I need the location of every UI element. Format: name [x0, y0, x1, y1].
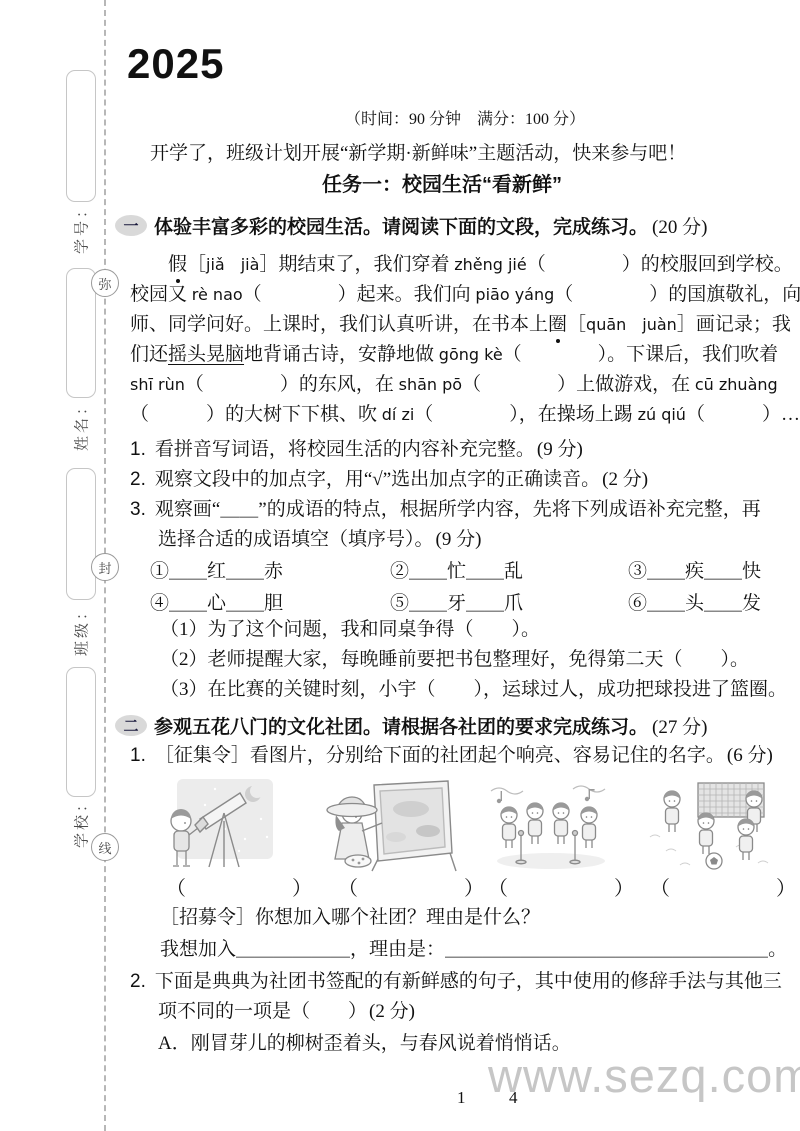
exam-paper-page: 学号： 姓名： 班级： 学校： 弥 封 线 2025 （时间：90 分钟 满分：… [0, 0, 800, 1131]
question-2-number: 2. [130, 469, 146, 490]
passage-line: 校园又 rè nao（ ）起来。我们向 piāo yáng（ ）的国旗敬礼，向老 [130, 280, 792, 310]
student-id-box [66, 70, 96, 202]
passage-line: 假［jiǎ jià］期结束了，我们穿着 zhěng jié（ ）的校服回到学校。 [130, 250, 792, 280]
school-box [66, 667, 96, 797]
question-3-text-line1: 观察画“＿＿”的成语的特点，根据所学内容，先将下列成语补充完整，再 [155, 499, 761, 520]
astronomy-club-illustration [145, 777, 275, 873]
idiom-blank-4: ④＿＿心＿＿胆 [150, 588, 283, 615]
question-2-text: 观察文段中的加点字，用“√”选出加点字的正确读音。 [155, 469, 600, 490]
watermark: www.sezq.com [488, 1048, 800, 1103]
join-end-period: 。 [768, 939, 787, 960]
question-3-sub1: （1）为了这个问题，我和同桌争得（ ）。 [160, 618, 540, 642]
seal-char-xian: 线 [91, 833, 119, 861]
question-1: 1.看拼音写词语，将校园生活的内容补充完整。(9 分) [130, 438, 583, 462]
reading-passage: 假［jiǎ jià］期结束了，我们穿着 zhěng jié（ ）的校服回到学校。… [130, 250, 792, 430]
section2-question-2-text-line1: 下面是典典为社团书签配的有新鲜感的句子，其中使用的修辞手法与其他三 [155, 971, 782, 992]
soccer-club-illustration [640, 777, 782, 873]
join-blank-1: ＿＿＿＿＿＿ [236, 939, 350, 960]
question-3-number: 3. [130, 499, 146, 520]
section2-question-1-text: ［征集令］看图片，分别给下面的社团起个响亮、容易记住的名字。 [155, 745, 725, 766]
section2-score: (27 分) [652, 712, 707, 739]
section2-question-2-number: 2. [130, 971, 146, 992]
question-1-text: 看拼音写词语，将校园生活的内容补充完整。 [155, 439, 535, 460]
idiom-blank-6: ⑥＿＿头＿＿发 [628, 588, 761, 615]
student-id-label: 学号： [71, 200, 92, 254]
section2-question-2-score: (2 分) [369, 1001, 415, 1022]
club-name-blank-3: （ ） [488, 872, 635, 901]
question-3-sub3: （3）在比赛的关键时刻，小宇（ ），运球过人，成功把球投进了篮圈。 [160, 678, 787, 702]
class-box [66, 468, 96, 600]
section1-title: 体验丰富多彩的校园生活。请阅读下面的文段，完成练习。 [154, 212, 648, 239]
section1-header: 一 体验丰富多彩的校园生活。请阅读下面的文段，完成练习。 (20 分) [115, 212, 707, 239]
section2-question-2-text-line2: 项不同的一项是（ ） [158, 1001, 367, 1022]
section2-question-1-score: (6 分) [727, 745, 773, 766]
section2-question-1-number: 1. [130, 745, 146, 766]
question-3-score: (9 分) [436, 529, 482, 550]
idiom-blank-3: ③＿＿疾＿＿快 [628, 556, 761, 583]
passage-line: 师、同学问好。上课时，我们认真听讲，在书本上圈［quān juàn］画记录；我 [130, 310, 792, 340]
school-label: 学校： [71, 794, 92, 848]
seal-char-feng: 封 [91, 553, 119, 581]
passage-line: 们还摇头晃脑地背诵古诗，安静地做 gōng kè（ ）。下课后，我们吹着 [130, 340, 792, 370]
club-name-blank-1: （ ） [166, 872, 313, 901]
question-1-number: 1. [130, 439, 146, 460]
club-name-blank-4: （ ） [650, 872, 797, 901]
page-number-current: 1 [457, 1088, 466, 1108]
question-3-line1: 3.观察画“＿＿”的成语的特点，根据所学内容，先将下列成语补充完整，再 [130, 498, 761, 522]
join-blank-2: ＿＿＿＿＿＿＿＿＿＿＿＿＿＿＿＿＿ [445, 939, 768, 960]
club-name-blank-2: （ ） [338, 872, 485, 901]
passage-line: shī rùn（ ）的东风，在 shān pō（ ）上做游戏，在 cū zhuà… [130, 370, 792, 400]
section2-question-2-line2: 项不同的一项是（ ）(2 分) [158, 1000, 415, 1024]
passage-line: （ ）的大树下下棋、吹 dí zi（ ），在操场上踢 zú qiú（ ）…… [130, 400, 792, 430]
task1-title: 任务一：校园生活“看新鲜” [322, 168, 562, 197]
page-number-total: 4 [509, 1088, 518, 1108]
class-label: 班级： [71, 602, 92, 656]
idiom-blank-2: ②＿＿忙＿＿乱 [390, 556, 523, 583]
painting-club-illustration [312, 779, 467, 873]
question-3-sub2: （2）老师提醒大家，每晚睡前要把书包整理好，免得第二天（ ）。 [160, 648, 749, 672]
join-answer-line: 我想加入＿＿＿＿＿＿，理由是：＿＿＿＿＿＿＿＿＿＿＿＿＿＿＿＿＿。 [160, 938, 787, 962]
section2-header: 二 参观五花八门的文化社团。请根据各社团的要求完成练习。 (27 分) [115, 712, 707, 739]
idiom-blank-5: ⑤＿＿牙＿＿爪 [390, 588, 523, 615]
section2-badge-icon: 二 [115, 715, 147, 736]
recruit-prompt: ［招募令］你想加入哪个社团？理由是什么？ [160, 906, 540, 930]
name-label: 姓名： [71, 397, 92, 451]
join-prefix: 我想加入 [160, 939, 236, 960]
question-2: 2.观察文段中的加点字，用“√”选出加点字的正确读音。(2 分) [130, 468, 648, 492]
section2-title: 参观五花八门的文化社团。请根据各社团的要求完成练习。 [154, 712, 648, 739]
idiom-blank-1: ①＿＿红＿＿赤 [150, 556, 283, 583]
section2-question-2-line1: 2.下面是典典为社团书签配的有新鲜感的句子，其中使用的修辞手法与其他三 [130, 970, 782, 994]
choir-club-illustration [487, 779, 615, 873]
question-3-line2: 选择合适的成语填空（填序号）。(9 分) [158, 528, 481, 552]
intro-sentence: 开学了，班级计划开展“新学期·新鲜味”主题活动，快来参与吧！ [150, 138, 686, 165]
seal-char-mi: 弥 [91, 269, 119, 297]
join-middle: ，理由是： [350, 939, 445, 960]
question-1-score: (9 分) [537, 439, 583, 460]
section1-score: (20 分) [652, 212, 707, 239]
exam-time-score-info: （时间：90 分钟 满分：100 分） [345, 106, 585, 129]
section1-badge-icon: 一 [115, 215, 147, 236]
section2-question-1: 1.［征集令］看图片，分别给下面的社团起个响亮、容易记住的名字。(6 分) [130, 744, 773, 768]
question-3-text-line2: 选择合适的成语填空（填序号）。 [158, 529, 434, 550]
year-heading: 2025 [127, 40, 224, 88]
question-2-score: (2 分) [602, 469, 648, 490]
